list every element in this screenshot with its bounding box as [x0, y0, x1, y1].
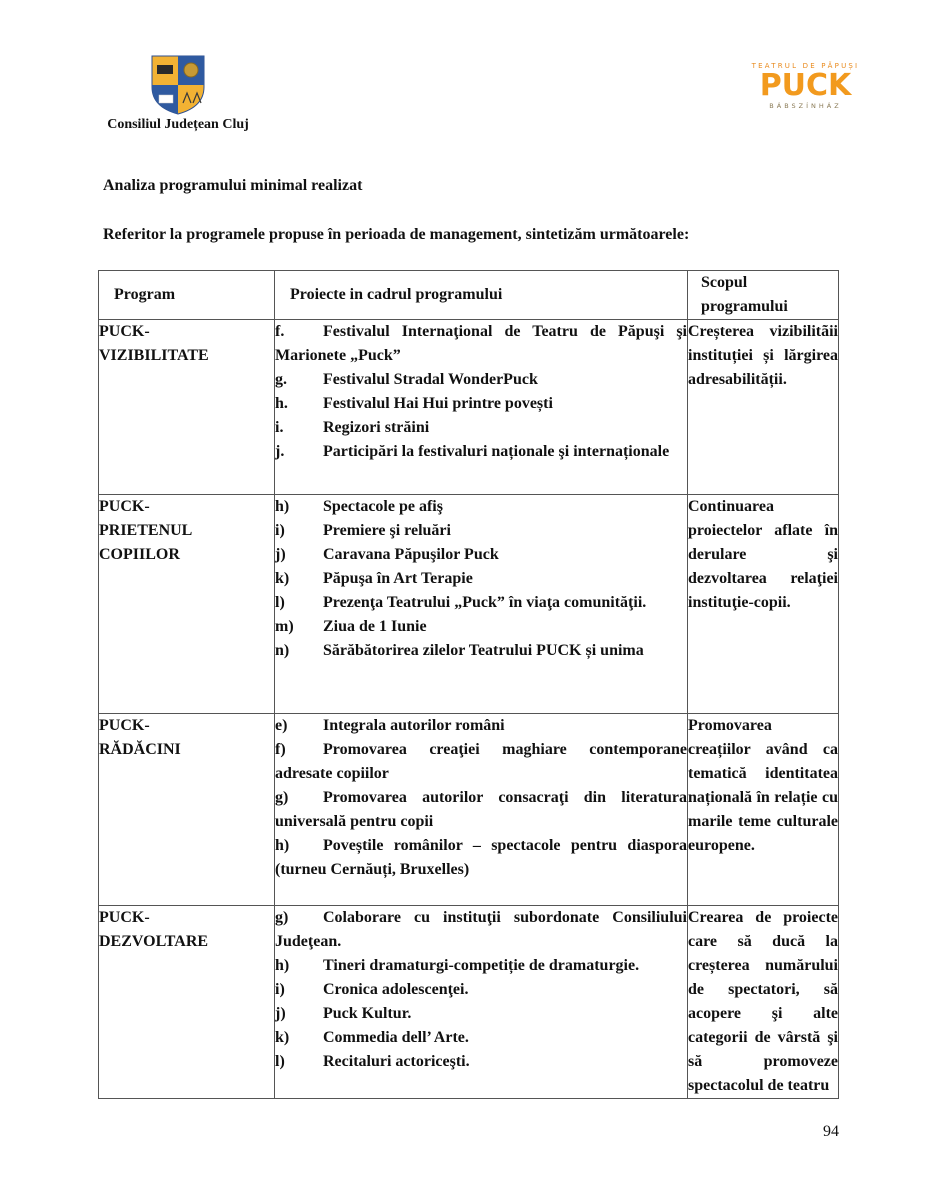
- projects-cell: f.Festivalul Internaţional de Teatru de …: [275, 320, 688, 495]
- project-marker: f.: [275, 320, 323, 344]
- project-marker: i.: [275, 416, 323, 440]
- projects-cell: g)Colaborare cu instituţii subordonate C…: [275, 906, 688, 1099]
- puck-logo-word: PUCK: [748, 70, 863, 102]
- project-marker: j.: [275, 440, 323, 464]
- table-row: PUCK-DEZVOLTAREg)Colaborare cu instituţi…: [99, 906, 839, 1099]
- project-text: Poveștile românilor – spectacole pentru …: [275, 837, 687, 878]
- county-council-logo: Consiliul Județean Cluj: [93, 55, 263, 133]
- purpose-cell: Continuarea proiectelor aflate în derula…: [688, 495, 839, 714]
- project-text: Commedia dell’ Arte.: [323, 1029, 469, 1046]
- project-item: n)Sărăbătorirea zilelor Teatrului PUCK ș…: [275, 639, 687, 663]
- section-title: Analiza programului minimal realizat: [103, 177, 362, 195]
- project-text: Promovarea creaţiei maghiare contemporan…: [275, 741, 687, 782]
- projects-cell: h)Spectacole pe afişi)Premiere şi reluăr…: [275, 495, 688, 714]
- project-item: f)Promovarea creaţiei maghiare contempor…: [275, 738, 687, 786]
- project-item: j)Puck Kultur.: [275, 1002, 687, 1026]
- project-item: i)Premiere şi reluări: [275, 519, 687, 543]
- project-marker: n): [275, 639, 323, 663]
- project-marker: g.: [275, 368, 323, 392]
- program-name-cell: PUCK-DEZVOLTARE: [99, 906, 275, 1099]
- column-header-program: Program: [99, 271, 275, 320]
- project-marker: k): [275, 1026, 323, 1050]
- county-council-shield-icon: [151, 55, 205, 115]
- project-marker: h): [275, 834, 323, 858]
- programs-table: Program Proiecte in cadrul programului S…: [98, 270, 839, 1099]
- project-marker: h): [275, 954, 323, 978]
- project-item: h)Tineri dramaturgi-competiție de dramat…: [275, 954, 687, 978]
- project-marker: j): [275, 1002, 323, 1026]
- project-marker: i): [275, 519, 323, 543]
- project-text: Puck Kultur.: [323, 1005, 411, 1022]
- project-marker: f): [275, 738, 323, 762]
- project-item: e)Integrala autorilor români: [275, 714, 687, 738]
- purpose-cell: Creșterea vizibilitãii instituției și lă…: [688, 320, 839, 495]
- program-name-line: COPIILOR: [99, 543, 274, 567]
- table-row: PUCK-RĂDĂCINIe)Integrala autorilor român…: [99, 714, 839, 906]
- project-text: Festivalul Stradal WonderPuck: [323, 371, 538, 388]
- project-marker: g): [275, 906, 323, 930]
- project-item: h)Spectacole pe afiş: [275, 495, 687, 519]
- project-text: Promovarea autorilor consacraţi din lite…: [275, 789, 687, 830]
- column-header-projects: Proiecte in cadrul programului: [275, 271, 688, 320]
- project-text: Spectacole pe afiş: [323, 498, 443, 515]
- project-text: Festivalul Hai Hui printre povești: [323, 395, 553, 412]
- project-item: l)Prezenţa Teatrului „Puck” în viaţa com…: [275, 591, 687, 615]
- page-number: 94: [823, 1123, 839, 1141]
- project-marker: h.: [275, 392, 323, 416]
- program-name-line: PUCK-: [99, 495, 274, 519]
- project-item: m)Ziua de 1 Iunie: [275, 615, 687, 639]
- project-item: g.Festivalul Stradal WonderPuck: [275, 368, 687, 392]
- project-marker: e): [275, 714, 323, 738]
- program-name-line: PUCK-: [99, 714, 274, 738]
- project-item: h)Poveștile românilor – spectacole pentr…: [275, 834, 687, 882]
- project-text: Colaborare cu instituţii subordonate Con…: [275, 909, 687, 950]
- project-text: Ziua de 1 Iunie: [323, 618, 427, 635]
- purpose-cell: Crearea de proiecte care să ducă la creș…: [688, 906, 839, 1099]
- puck-logo-bottom-text: BÁBSZÍNHÁZ: [748, 102, 863, 110]
- project-marker: g): [275, 786, 323, 810]
- project-marker: l): [275, 1050, 323, 1074]
- program-name-line: RĂDĂCINI: [99, 738, 274, 762]
- project-marker: m): [275, 615, 323, 639]
- project-text: Recitaluri actoriceşti.: [323, 1053, 470, 1070]
- project-text: Cronica adolescenţei.: [323, 981, 468, 998]
- project-text: Festivalul Internaţional de Teatru de Pă…: [275, 323, 687, 364]
- project-marker: i): [275, 978, 323, 1002]
- project-item: l)Recitaluri actoriceşti.: [275, 1050, 687, 1074]
- project-text: Prezenţa Teatrului „Puck” în viaţa comun…: [323, 594, 646, 611]
- section-intro: Referitor la programele propuse în perio…: [103, 226, 689, 244]
- project-item: i)Cronica adolescenţei.: [275, 978, 687, 1002]
- project-marker: j): [275, 543, 323, 567]
- table-header-row: Program Proiecte in cadrul programului S…: [99, 271, 839, 320]
- table-row: PUCK-PRIETENULCOPIILORh)Spectacole pe af…: [99, 495, 839, 714]
- project-marker: l): [275, 591, 323, 615]
- program-name-line: DEZVOLTARE: [99, 930, 274, 954]
- table-row: PUCK-VIZIBILITATEf.Festivalul Internaţio…: [99, 320, 839, 495]
- puck-theatre-logo: TEATRUL DE PĂPUȘI PUCK BÁBSZÍNHÁZ: [748, 62, 863, 110]
- county-council-caption: Consiliul Județean Cluj: [93, 117, 263, 133]
- project-text: Regizori străini: [323, 419, 429, 436]
- project-item: k)Păpuşa în Art Terapie: [275, 567, 687, 591]
- program-name-line: PUCK-: [99, 906, 274, 930]
- project-item: j.Participări la festivaluri naționale ş…: [275, 440, 687, 464]
- project-item: g)Promovarea autorilor consacraţi din li…: [275, 786, 687, 834]
- project-text: Participări la festivaluri naționale şi …: [323, 443, 669, 460]
- program-name-line: PRIETENUL: [99, 519, 274, 543]
- project-item: i.Regizori străini: [275, 416, 687, 440]
- project-marker: h): [275, 495, 323, 519]
- project-text: Tineri dramaturgi-competiție de dramatur…: [323, 957, 639, 974]
- project-item: g)Colaborare cu instituţii subordonate C…: [275, 906, 687, 954]
- project-item: f.Festivalul Internaţional de Teatru de …: [275, 320, 687, 368]
- project-text: Sărăbătorirea zilelor Teatrului PUCK și …: [323, 642, 644, 659]
- program-name-cell: PUCK-VIZIBILITATE: [99, 320, 275, 495]
- project-text: Caravana Păpuşilor Puck: [323, 546, 499, 563]
- project-item: h.Festivalul Hai Hui printre povești: [275, 392, 687, 416]
- program-name-line: VIZIBILITATE: [99, 344, 274, 368]
- project-text: Integrala autorilor români: [323, 717, 505, 734]
- project-marker: k): [275, 567, 323, 591]
- program-name-cell: PUCK-PRIETENULCOPIILOR: [99, 495, 275, 714]
- project-item: k)Commedia dell’ Arte.: [275, 1026, 687, 1050]
- program-name-line: PUCK-: [99, 320, 274, 344]
- projects-cell: e)Integrala autorilor românif)Promovarea…: [275, 714, 688, 906]
- project-item: j)Caravana Păpuşilor Puck: [275, 543, 687, 567]
- project-text: Păpuşa în Art Terapie: [323, 570, 473, 587]
- program-name-cell: PUCK-RĂDĂCINI: [99, 714, 275, 906]
- column-header-purpose: Scopul programului: [688, 271, 839, 320]
- purpose-cell: Promovarea creațiilor având ca tematică …: [688, 714, 839, 906]
- project-text: Premiere şi reluări: [323, 522, 451, 539]
